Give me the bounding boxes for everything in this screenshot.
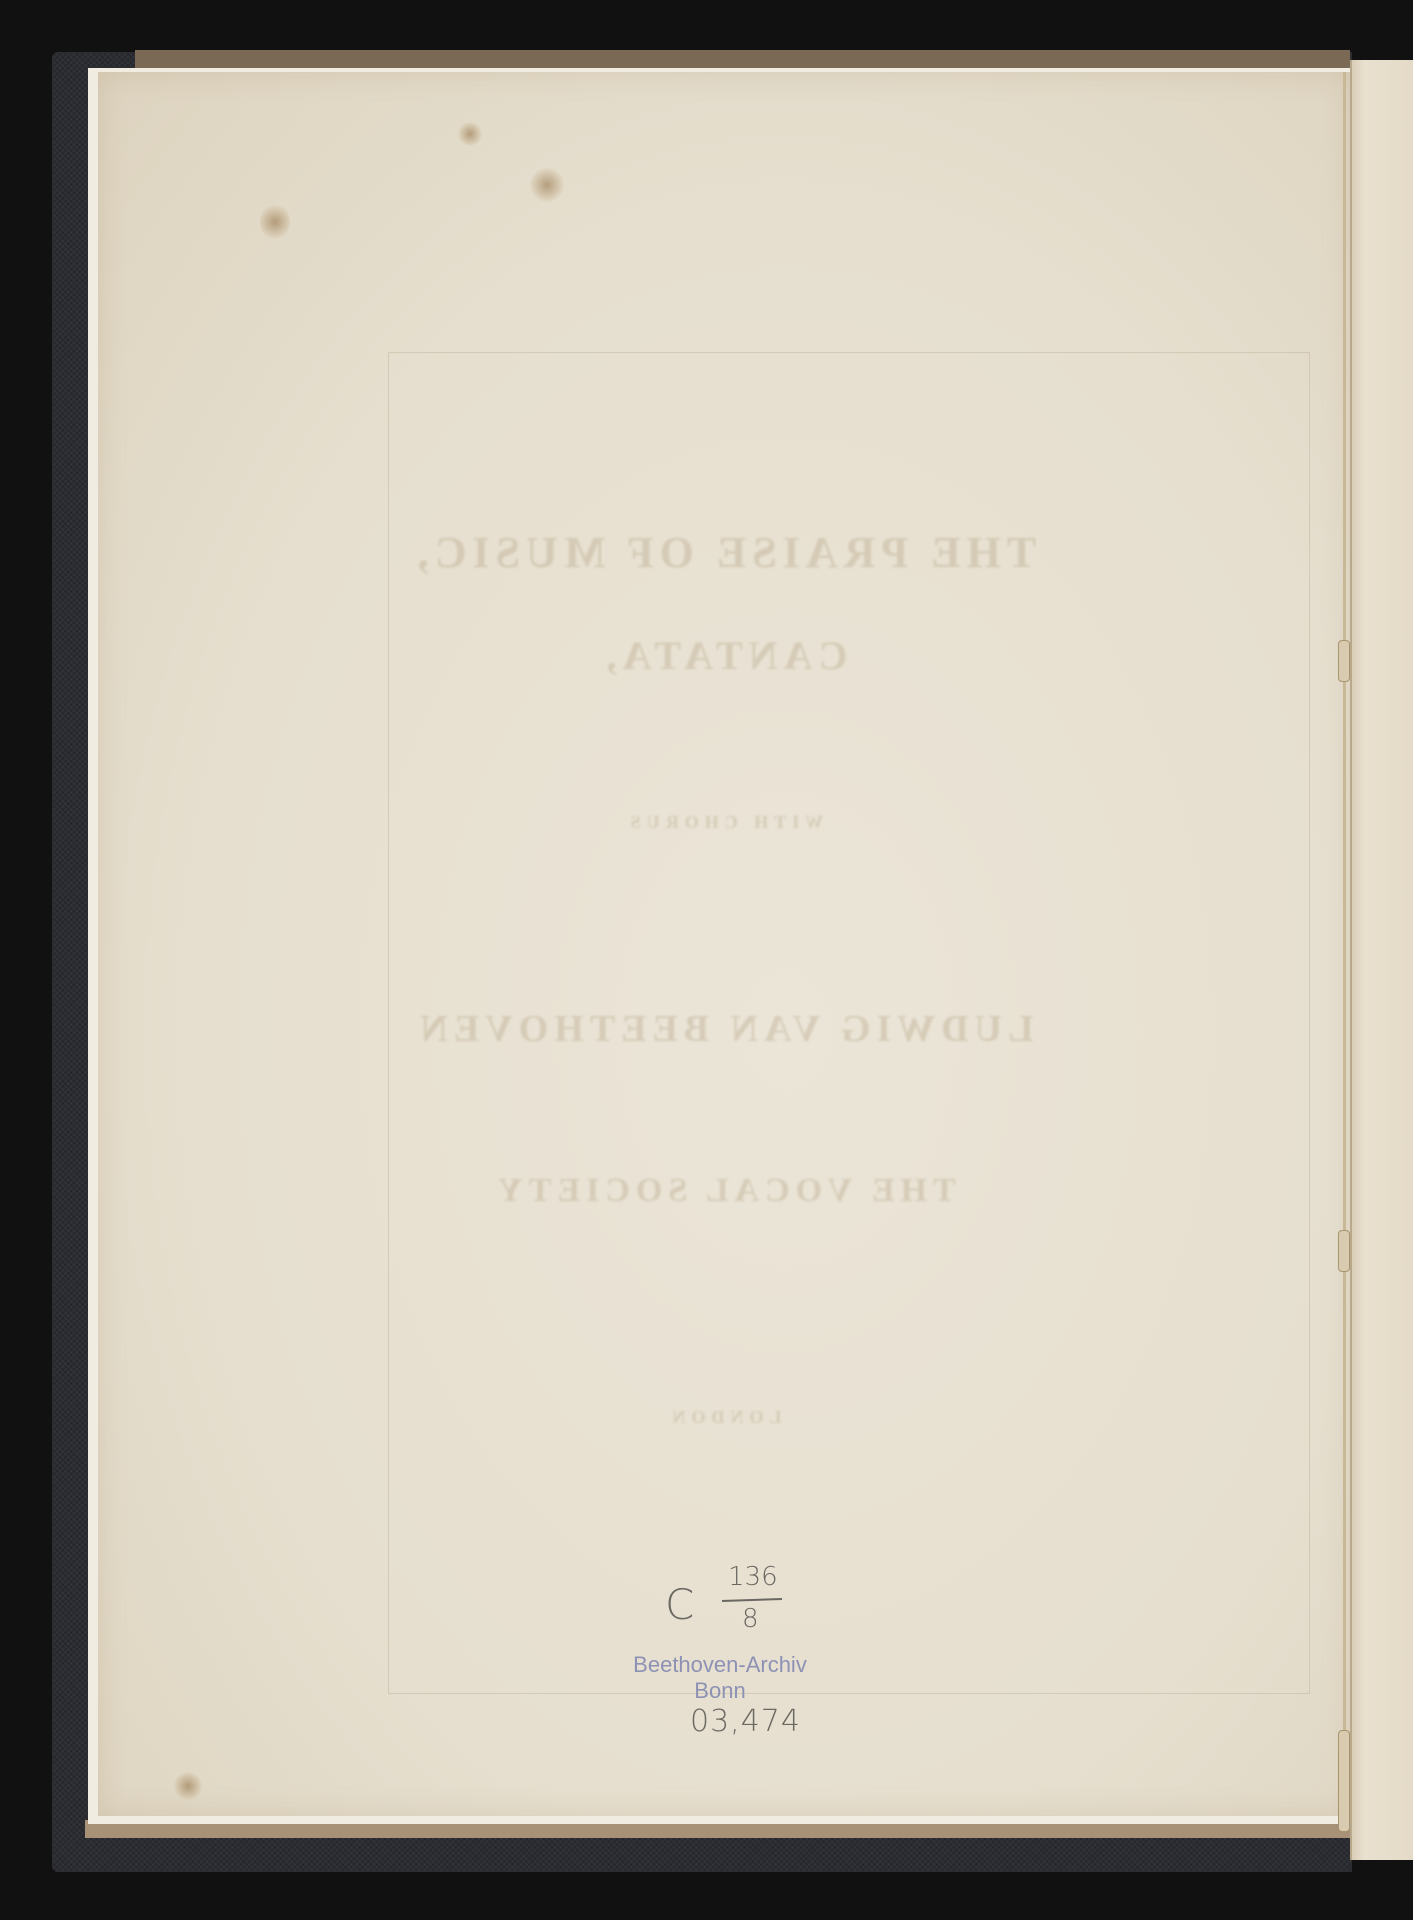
- binding-stitch: [1338, 1230, 1350, 1272]
- foxing-stain: [530, 168, 564, 202]
- gutter-fold: [1343, 72, 1346, 1816]
- facing-page-edge: [1350, 60, 1413, 1860]
- show-through-title: THE PRAISE OF MUSIC,: [98, 527, 1350, 578]
- show-through-chorus: WITH CHORUS: [98, 812, 1350, 833]
- binding-stitch: [1338, 1730, 1350, 1832]
- cover-turn-in: [135, 50, 1350, 70]
- show-through-subtitle: CANTATA,: [98, 632, 1350, 679]
- foxing-stain: [174, 1772, 202, 1800]
- archive-stamp-line1: Beethoven-Archiv: [610, 1652, 830, 1678]
- foxing-stain: [260, 204, 290, 240]
- shelfmark-numerator: 136: [728, 1562, 778, 1592]
- archive-stamp-line2: Bonn: [610, 1678, 830, 1704]
- accession-number: 03,474: [690, 1704, 801, 1739]
- foxing-stain: [458, 122, 482, 146]
- show-through-imprint: LONDON: [98, 1407, 1350, 1428]
- binding-stitch: [1338, 640, 1350, 682]
- shelfmark-prefix: C: [665, 1580, 694, 1629]
- book-page: THE PRAISE OF MUSIC, CANTATA, WITH CHORU…: [98, 72, 1350, 1816]
- show-through-society: THE VOCAL SOCIETY: [98, 1172, 1350, 1210]
- show-through-composer: LUDWIG VAN BEETHOVEN: [98, 1007, 1350, 1051]
- shelfmark-denominator: 8: [742, 1604, 759, 1634]
